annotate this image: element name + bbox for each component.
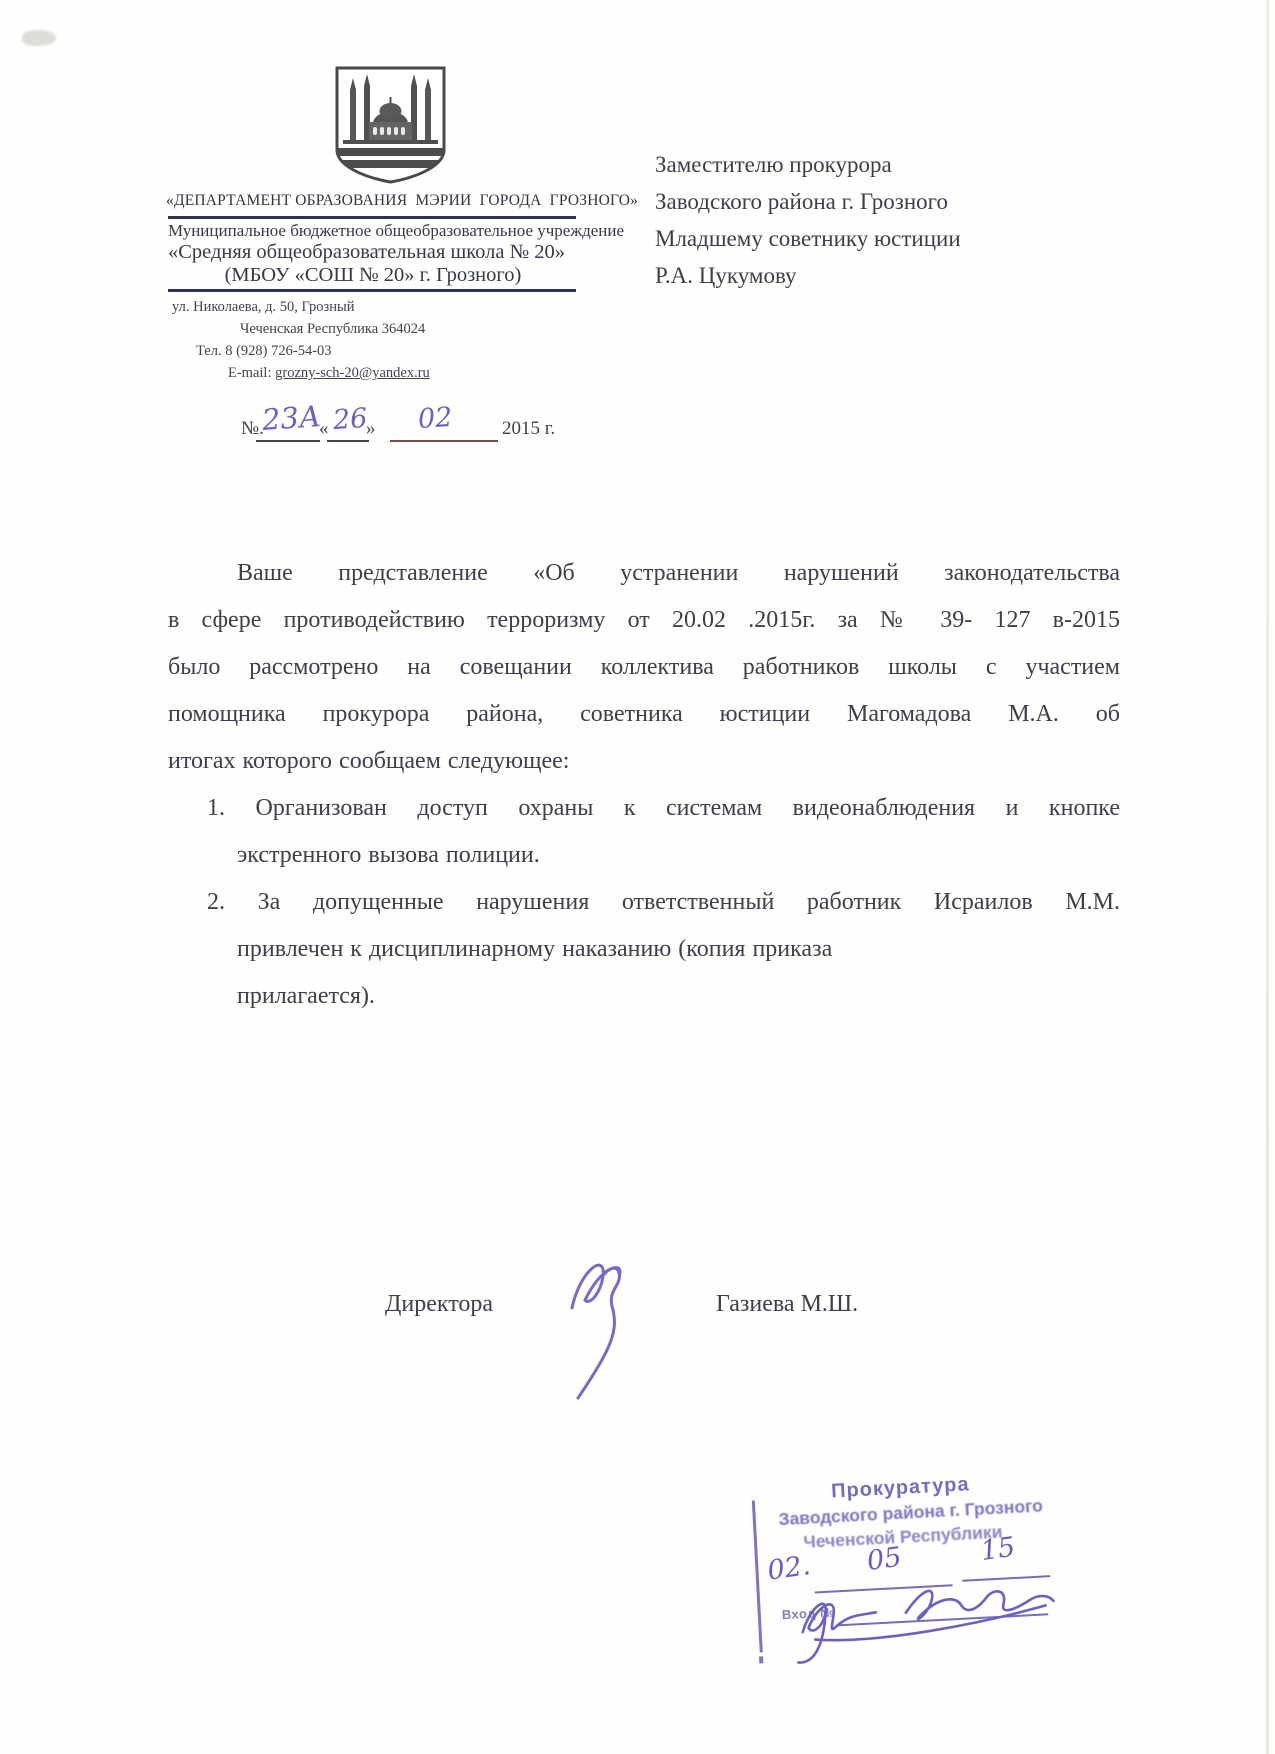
document-page: «ДЕПАРТАМЕНТ ОБРАЗОВАНИЯ МЭРИИ ГОРОДА ГР… [0,0,1275,1754]
org-type: Муниципальное бюджетное общеобразователь… [168,221,624,241]
letterhead-divider-top [168,216,576,219]
scan-edge-artifact [1266,0,1269,1754]
ref-open-quote: « [319,418,329,440]
org-name: «Средняя общеобразовательная школа № 20» [168,241,565,264]
prosecutor-stamp: Прокуратура Заводского района г. Грозног… [745,1468,1085,1685]
ref-underline [256,440,320,442]
body-line: 2. За допущенные нарушения ответственный… [207,879,1120,926]
body-line: прилагается). [237,973,1120,1020]
director-signature-icon [556,1228,676,1413]
recipient-line: Р.А. Цукумову [655,257,961,294]
ref-number-handwritten: 23А [261,399,322,437]
recipient-line: Младшему советнику юстиции [655,220,961,257]
stamp-border [759,1656,763,1663]
email-link: grozny-sch-20@yandex.ru [275,365,430,381]
body-line: привлечен к дисциплинарному наказанию (к… [237,926,1120,973]
ref-month-handwritten: 02 [417,402,453,435]
address-region: Чеченская Республика 364024 [240,321,425,338]
signature-name: Газиева М.Ш. [716,1291,858,1318]
scan-smudge-artifact [22,30,56,46]
stamp-date-year: 15 [979,1532,1017,1567]
body-line: 1. Организован доступ охраны к системам … [207,785,1120,832]
ref-close-quote: » [366,418,376,440]
recipient-line: Заместителю прокурора [655,146,961,183]
ref-underline [390,440,498,442]
ref-year: 2015 г. [502,418,555,440]
ref-day-handwritten: 26 [332,403,368,436]
body-line: в сфере противодействию терроризму от 20… [168,597,1120,644]
ref-underline [327,440,369,442]
email-label: E-mail: [228,365,275,381]
ref-number-label: №. [241,418,264,440]
email-line: E-mail: grozny-sch-20@yandex.ru [228,365,430,382]
department-title: «ДЕПАРТАМЕНТ ОБРАЗОВАНИЯ МЭРИИ ГОРОДА ГР… [166,192,596,210]
recipient-block: Заместителю прокурора Заводского района … [655,146,961,294]
letterhead-divider-bottom [168,289,576,292]
signature-title: Директора [385,1291,493,1318]
recipient-line: Заводского района г. Грозного [655,183,961,220]
body-line: помощника прокурора района, советника юс… [168,691,1120,738]
grozny-coat-of-arms-icon [333,64,448,186]
address-street: ул. Николаева, д. 50, Грозный [172,299,354,316]
phone-line: Тел. 8 (928) 726-54-03 [196,343,332,360]
body-line: было рассмотрено на совещании коллектива… [168,644,1120,691]
body-line: Ваше представление «Об устранении наруше… [237,550,1120,597]
body-line: итогах которого сообщаем следующее: [168,738,1120,785]
body-line: экстренного вызова полиции. [237,832,1120,879]
org-abbreviation: (МБОУ «СОШ № 20» г. Грозного) [168,264,578,287]
stamp-signature-icon [786,1561,1066,1670]
